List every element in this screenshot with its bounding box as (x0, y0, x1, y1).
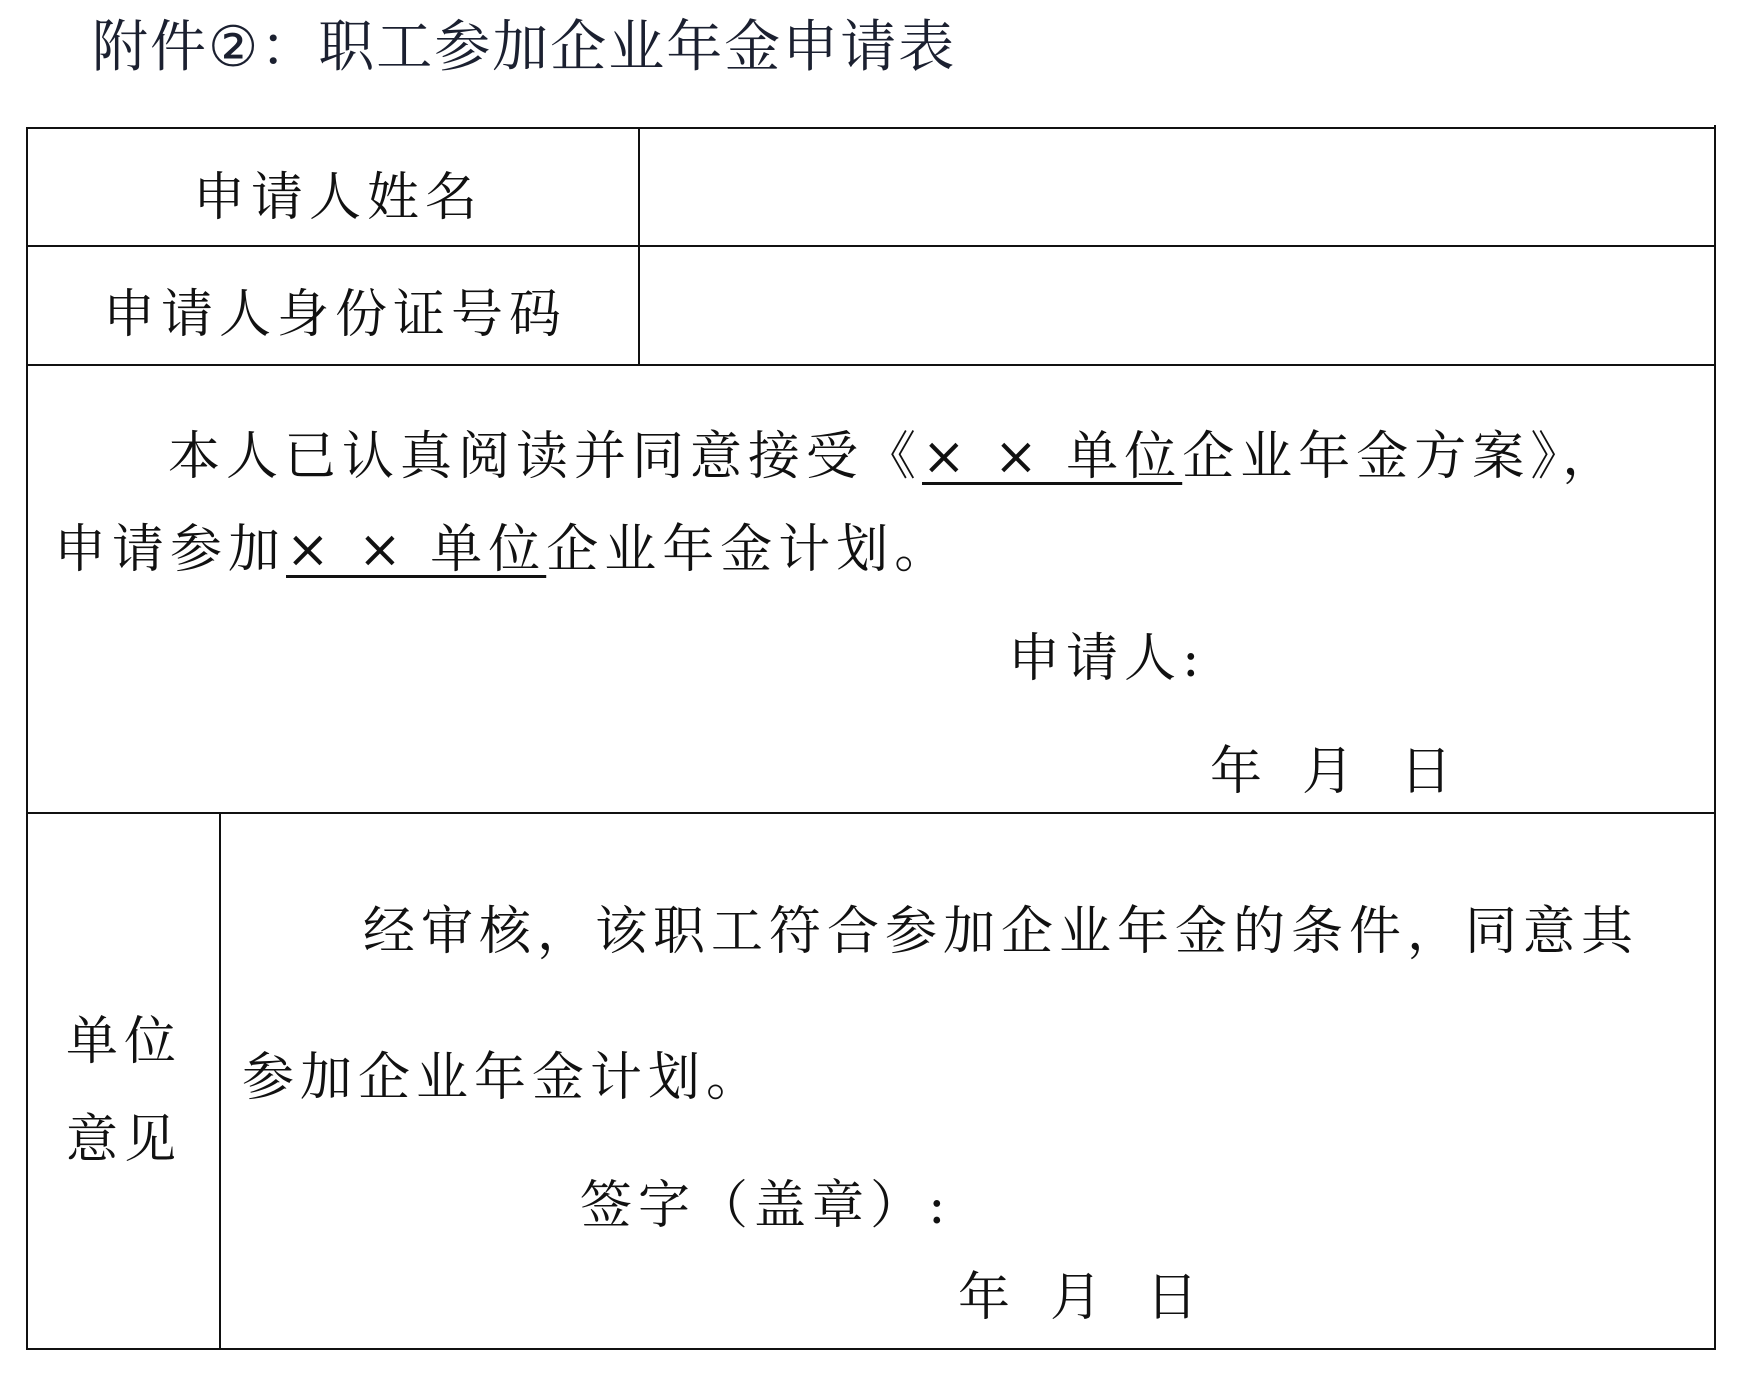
plan-unit-blank: × × 单位 (922, 427, 1182, 487)
declaration-line-1: 本人已认真阅读并同意接受《× × 单位企业年金方案》， (168, 425, 1620, 489)
applicant-date-day: 日 (1400, 740, 1452, 804)
table-border-left (26, 127, 28, 1350)
table-border-right (1714, 125, 1716, 1350)
unit-signature-seal-field[interactable] (960, 1168, 1700, 1240)
unit-signature-seal-label: 签字（盖章）: (580, 1174, 952, 1238)
unit-opinion-label-line-1: 单位 (66, 1010, 182, 1074)
unit-opinion-text-line-1: 经审核，该职工符合参加企业年金的条件，同意其 (363, 900, 1639, 964)
unit-opinion-label-line-2: 意见 (66, 1108, 182, 1172)
applicant-name-label: 申请人姓名 (193, 166, 483, 230)
applicant-name-field[interactable] (645, 133, 1713, 243)
row-divider-1 (26, 245, 1715, 247)
table-border-bottom (26, 1348, 1715, 1350)
applicant-signature-label: 申请人: (1008, 627, 1206, 691)
declaration-line2-prefix: 申请参加 (54, 520, 286, 580)
unit-opinion-text-line-2: 参加企业年金计划。 (242, 1046, 764, 1110)
applicant-date-year: 年 (1210, 740, 1262, 804)
declaration-line1-suffix: 企业年金方案》， (1182, 427, 1620, 487)
unit-date-month: 月 (1050, 1266, 1102, 1330)
declaration-line2-suffix: 企业年金计划。 (546, 520, 952, 580)
row-divider-2 (26, 364, 1715, 366)
document-title: 附件②：职工参加企业年金申请表 (92, 14, 956, 82)
unit-date-day: 日 (1146, 1266, 1198, 1330)
row-divider-3 (26, 812, 1715, 814)
applicant-id-number-field[interactable] (645, 251, 1713, 361)
applicant-date-month: 月 (1302, 740, 1354, 804)
declaration-line-2: 申请参加× × 单位企业年金计划。 (54, 518, 952, 582)
plan-unit-blank-2: × × 单位 (286, 520, 546, 580)
table-border-top (26, 127, 1715, 129)
opinion-column-divider (219, 812, 221, 1350)
declaration-line1-prefix: 本人已认真阅读并同意接受《 (168, 427, 922, 487)
unit-date-year: 年 (958, 1266, 1010, 1330)
applicant-signature-field[interactable] (1210, 620, 1690, 692)
label-column-divider (638, 127, 640, 365)
applicant-id-number-label: 申请人身份证号码 (103, 283, 567, 347)
